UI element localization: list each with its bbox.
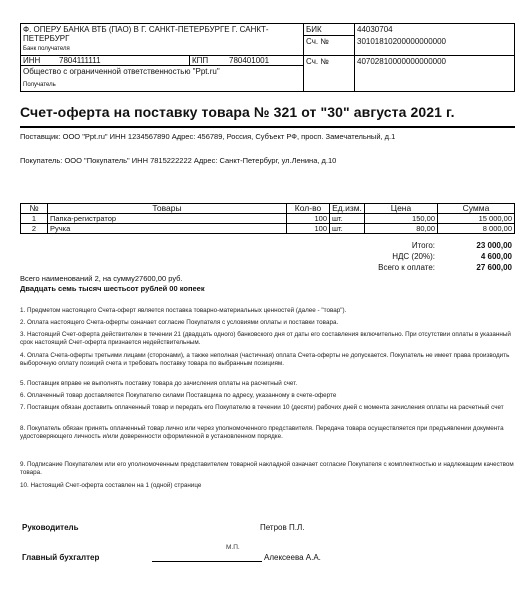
- bik-value: 44030704: [357, 25, 393, 34]
- term-7: 7. Поставщик обязан доставить оплаченный…: [20, 404, 515, 412]
- row-sum: 8 000,00: [438, 224, 515, 234]
- accountant-name: Алексеева А.А.: [264, 553, 321, 562]
- row-qty: 100: [287, 214, 330, 224]
- total-value: 27 600,00: [476, 263, 512, 272]
- row-price: 150,00: [365, 214, 438, 224]
- term-5: 5. Поставщик вправе не выполнять поставк…: [20, 380, 515, 388]
- director-label: Руководитель: [22, 523, 79, 532]
- kpp-value: 780401001: [229, 56, 269, 65]
- row-name: Папка-регистратор: [48, 214, 287, 224]
- inn-value: 7804111111: [59, 56, 101, 65]
- table-row: 1 Папка-регистратор 100 шт. 150,00 15 00…: [21, 214, 515, 224]
- row-name: Ручка: [48, 224, 287, 234]
- subtotal-label: Итого:: [412, 241, 435, 250]
- col-number: №: [21, 204, 48, 214]
- term-10: 10. Настоящий Счет-оферта составлен на 1…: [20, 482, 515, 490]
- subtotal-value: 23 000,00: [476, 241, 512, 250]
- amount-in-words: Двадцать семь тысяч шестьсот рублей 00 к…: [20, 284, 205, 293]
- col-qty: Кол-во: [287, 204, 330, 214]
- col-goods: Товары: [48, 204, 287, 214]
- term-8: 8. Покупатель обязан принять оплаченный …: [20, 425, 515, 441]
- table-header-row: № Товары Кол-во Ед.изм. Цена Сумма: [21, 204, 515, 214]
- kpp-label: КПП: [192, 56, 208, 65]
- row-unit: шт.: [330, 224, 365, 234]
- row-sum: 15 000,00: [438, 214, 515, 224]
- recipient-name: Общество с ограниченной ответственностью…: [23, 67, 220, 76]
- col-unit: Ед.изм.: [330, 204, 365, 214]
- row-number: 1: [21, 214, 48, 224]
- bank-caption: Банк получателя: [23, 45, 70, 54]
- divider: [354, 24, 355, 91]
- divider: [189, 55, 190, 65]
- term-6: 6. Оплаченный товар доставляется Покупат…: [20, 392, 515, 400]
- inn-label: ИНН: [23, 56, 40, 65]
- term-1: 1. Предметом настоящего Счета-оферт явля…: [20, 307, 515, 315]
- term-2: 2. Оплата настоящего Счета-оферты означа…: [20, 319, 515, 327]
- title-rule: [20, 126, 515, 128]
- bank-name-line2: ПЕТЕРБУРГ: [23, 34, 69, 43]
- account-label: Сч. №: [306, 57, 329, 66]
- total-label: Всего к оплате:: [378, 263, 435, 272]
- row-unit: шт.: [330, 214, 365, 224]
- divider: [303, 35, 354, 36]
- col-price: Цена: [365, 204, 438, 214]
- items-table: № Товары Кол-во Ед.изм. Цена Сумма 1 Пап…: [20, 203, 515, 234]
- recipient-caption: Получатель: [23, 81, 56, 90]
- vat-label: НДС (20%):: [392, 252, 435, 261]
- row-number: 2: [21, 224, 48, 234]
- row-price: 80,00: [365, 224, 438, 234]
- document-title: Счет-оферта на поставку товара № 321 от …: [20, 104, 455, 120]
- director-name: Петров П.Л.: [260, 523, 304, 532]
- corr-account-value: 30101810200000000000: [357, 37, 446, 46]
- corr-account-label: Сч. №: [306, 37, 329, 46]
- term-4: 4. Оплата Счета-оферты третьими лицами (…: [20, 352, 515, 368]
- supplier-line: Поставщик: ООО "Ppt.ru" ИНН 1234567890 А…: [20, 132, 395, 141]
- bank-name-line1: Ф. ОПЕРУ БАНКА ВТБ (ПАО) В Г. САНКТ-ПЕТЕ…: [23, 25, 269, 34]
- stamp-place: М.П.: [226, 544, 240, 551]
- divider: [21, 65, 303, 66]
- signature-line: [152, 561, 262, 562]
- vat-value: 4 600,00: [481, 252, 512, 261]
- term-9: 9. Подписание Покупателем или его уполно…: [20, 461, 515, 477]
- account-value: 40702810000000000000: [357, 57, 446, 66]
- summary-line: Всего наименований 2, на сумму27600,00 р…: [20, 274, 183, 283]
- col-sum: Сумма: [438, 204, 515, 214]
- row-qty: 100: [287, 224, 330, 234]
- accountant-label: Главный бухгалтер: [22, 553, 99, 562]
- buyer-line: Покупатель: ООО "Покупатель" ИНН 7815222…: [20, 156, 336, 165]
- bank-details-table: Ф. ОПЕРУ БАНКА ВТБ (ПАО) В Г. САНКТ-ПЕТЕ…: [20, 23, 515, 92]
- term-3: 3. Настоящий Счет-оферта действителен в …: [20, 331, 515, 347]
- bik-label: БИК: [306, 25, 322, 34]
- table-row: 2 Ручка 100 шт. 80,00 8 000,00: [21, 224, 515, 234]
